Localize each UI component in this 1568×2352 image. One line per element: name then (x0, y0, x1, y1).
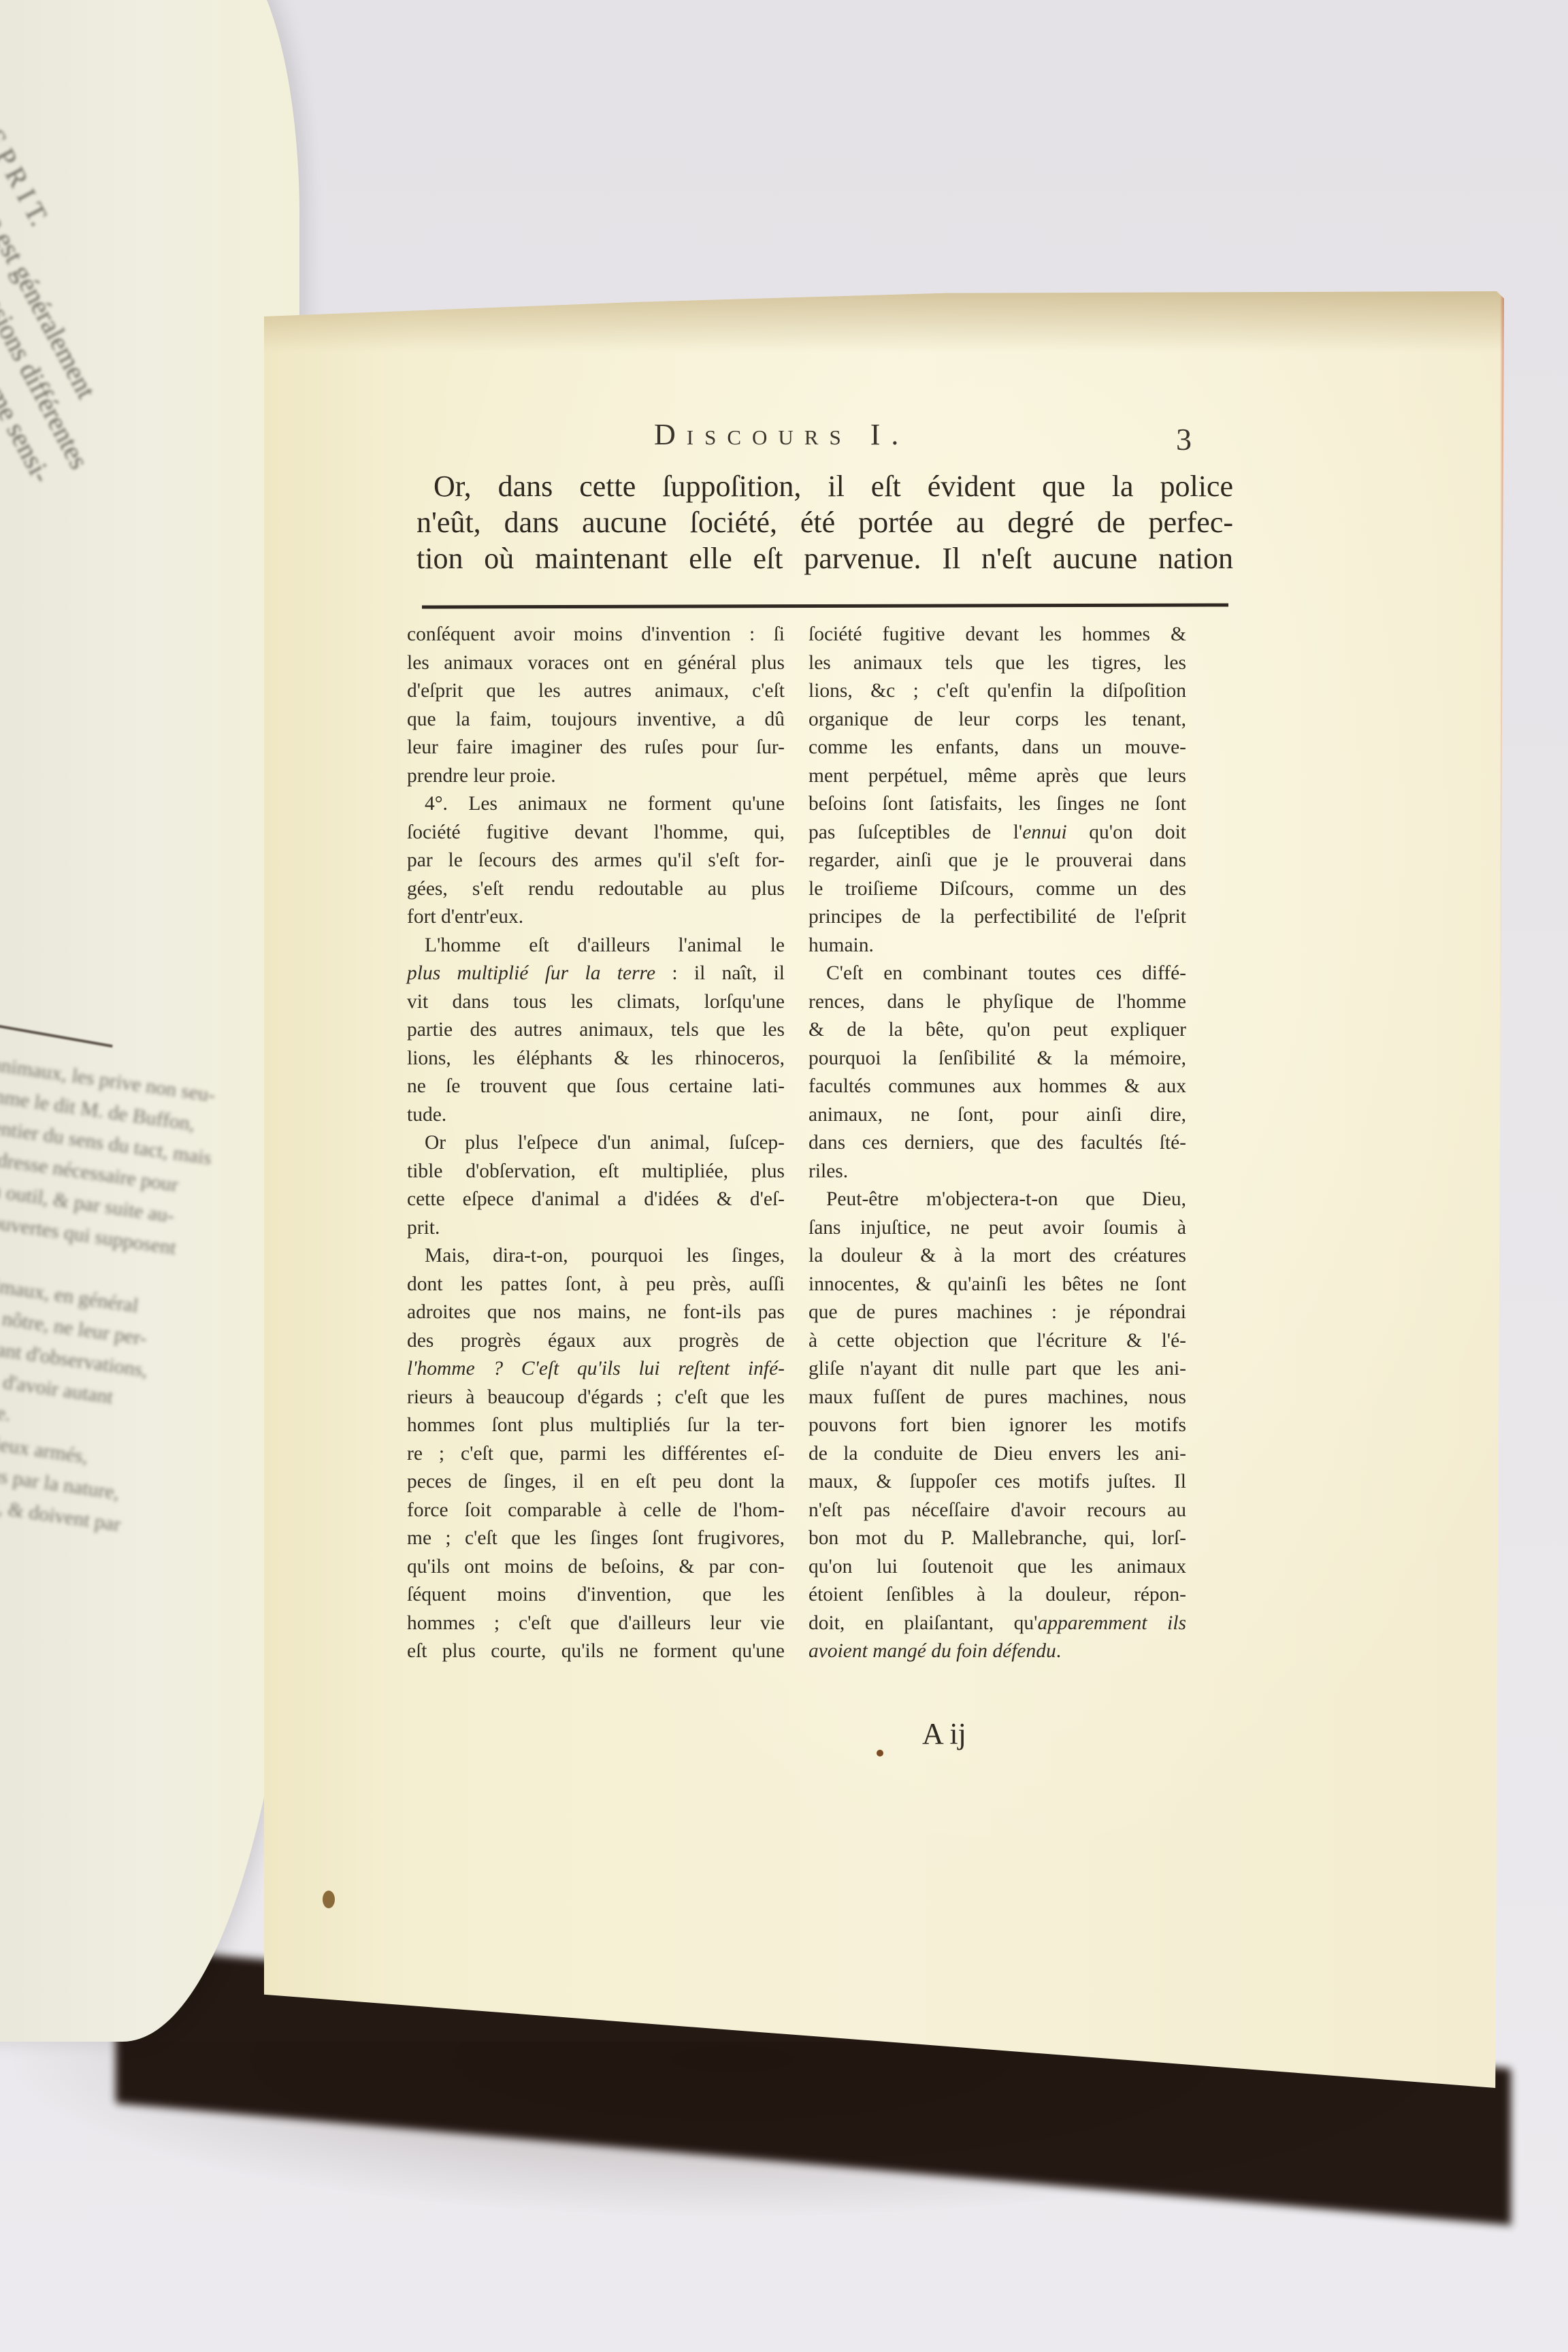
lead-line: tion où maintenant elle eſt parvenue. Il… (416, 540, 1233, 576)
text-line: gées, s'eſt rendu redoutable au plus (407, 875, 785, 904)
text-line: ſociété fugitive devant l'homme, qui, (407, 819, 785, 847)
text-line: tude. (407, 1101, 785, 1130)
text-line: Peut-être m'objectera-t-on que Dieu, (808, 1186, 1186, 1214)
text-line: lions, &c ; c'eſt qu'enfin la diſpoſitio… (808, 677, 1186, 706)
text-line: que de pures machines : je répondrai (808, 1298, 1186, 1327)
text-line: force ſoit comparable à celle de l'hom- (407, 1497, 785, 1525)
text-line: doit, en plaiſantant, qu'apparemment ils (808, 1610, 1186, 1638)
text-line: maux, & ſuppoſer ces motifs juſtes. Il (808, 1468, 1186, 1497)
text-line: qu'on lui ſoutenoit que les animaux (808, 1553, 1186, 1582)
text-line: innocentes, & qu'ainſi les bêtes ne ſont (808, 1271, 1186, 1299)
ink-dot (877, 1750, 883, 1757)
text-line: les animaux tels que les tigres, les (808, 649, 1186, 678)
text-line: hommes ; c'eſt que d'ailleurs leur vie (407, 1610, 785, 1638)
text-line: maux fuſſent de pures machines, nous (808, 1384, 1186, 1412)
text-line: dont les pattes ſont, à peu près, auſſi (407, 1271, 785, 1299)
text-line: n'eſt pas néceſſaire d'avoir recours au (808, 1497, 1186, 1525)
foxing-spot (323, 1891, 335, 1908)
text-line: leur faire imaginer des ruſes pour ſur- (407, 734, 785, 762)
text-line: Or plus l'eſpece d'un animal, ſuſcep- (407, 1129, 785, 1158)
text-line: avoient mangé du foin défendu. (808, 1637, 1186, 1666)
text-line: partie des autres animaux, tels que les (407, 1016, 785, 1045)
top-edge-stain (264, 291, 1504, 353)
text-line: facultés communes aux hommes & aux (808, 1073, 1186, 1101)
text-line: re ; c'eſt que, parmi les différentes eſ… (407, 1440, 785, 1469)
text-line: humain. (808, 932, 1186, 960)
text-line: ſans injuſtice, ne peut avoir ſoumis à (808, 1214, 1186, 1243)
text-line: ne ſe trouvent que ſous certaine lati- (407, 1073, 785, 1101)
text-line: prit. (407, 1214, 785, 1243)
text-line: ſéquent moins d'invention, que les (407, 1581, 785, 1610)
text-line: 4°. Les animaux ne forment qu'une (407, 790, 785, 819)
text-line: qu'ils ont moins de beſoins, & par con- (407, 1553, 785, 1582)
signature-mark: A ij (922, 1716, 966, 1751)
text-line: regarder, ainſi que je le prouverai dans (808, 847, 1186, 875)
right-column: ſociété fugitive devant les hommes &les … (808, 621, 1186, 1666)
text-line: le troiſieme Diſcours, comme un des (808, 875, 1186, 904)
text-line: d'eſprit que les autres animaux, c'eſt (407, 677, 785, 706)
text-line: beſoins ſont ſatisfaits, les ſinges ne ſ… (808, 790, 1186, 819)
left-page-footnotes: ... puces des animaux, les prive non seu… (0, 1034, 269, 1552)
text-line: ſociété fugitive devant les hommes & (808, 621, 1186, 649)
left-page-text: D E L ' E S P R I T. ... dont l'existenc… (0, 27, 247, 661)
text-line: lions, les éléphants & les rhinoceros, (407, 1045, 785, 1073)
text-line: rences, dans le phyſique de l'homme (808, 988, 1186, 1017)
lead-line: Or, dans cette ſuppoſition, il eſt évide… (416, 468, 1233, 504)
lead-line: n'eût, dans aucune ſociété, été portée a… (416, 504, 1233, 540)
lead-paragraph: Or, dans cette ſuppoſition, il eſt évide… (416, 468, 1233, 576)
text-line: à cette objection que l'écriture & l'é- (808, 1327, 1186, 1356)
text-line: rieurs à beaucoup d'égards ; c'eſt que l… (407, 1384, 785, 1412)
text-line: des progrès égaux aux progrès de (407, 1327, 785, 1356)
text-line: l'homme ? C'eſt qu'ils lui reſtent infé- (407, 1355, 785, 1384)
text-line: que la faim, toujours inventive, a dû (407, 706, 785, 734)
text-line: gliſe n'ayant dit nulle part que les ani… (808, 1355, 1186, 1384)
text-line: riles. (808, 1158, 1186, 1186)
left-column: conſéquent avoir moins d'invention : ſil… (407, 621, 785, 1666)
text-line: peces de ſinges, il en eſt peu dont la (407, 1468, 785, 1497)
text-line: fort d'entr'eux. (407, 903, 785, 932)
text-line: vit dans tous les climats, lorſqu'une (407, 988, 785, 1017)
text-line: L'homme eſt d'ailleurs l'animal le (407, 932, 785, 960)
text-line: Mais, dira-t-on, pourquoi les ſinges, (407, 1242, 785, 1271)
text-line: bon mot du P. Mallebranche, qui, lorſ- (808, 1524, 1186, 1553)
text-line: animaux, ne ſont, pour ainſi dire, (808, 1101, 1186, 1130)
photo-scene: D E L ' E S P R I T. ... dont l'existenc… (0, 0, 1568, 2352)
page-number: 3 (1176, 421, 1192, 457)
text-line: la douleur & à la mort des créatures (808, 1242, 1186, 1271)
running-head: Discours I. 3 (391, 417, 1228, 465)
text-line: eſt plus courte, qu'ils ne forment qu'un… (407, 1637, 785, 1666)
text-line: & de la bête, qu'on peut expliquer (808, 1016, 1186, 1045)
text-line: C'eſt en combinant toutes ces diffé- (808, 960, 1186, 988)
running-title: Discours I. (654, 417, 909, 452)
text-line: de la conduite de Dieu envers les ani- (808, 1440, 1186, 1469)
text-line: ment perpétuel, même après que leurs (808, 762, 1186, 791)
left-page: D E L ' E S P R I T. ... dont l'existenc… (0, 0, 299, 2042)
text-line: comme les enfants, dans un mouve- (808, 734, 1186, 762)
text-line: étoient ſenſibles à la douleur, répon- (808, 1581, 1186, 1610)
left-page-rule (0, 1011, 113, 1047)
text-line: prendre leur proie. (407, 762, 785, 791)
text-line: dans ces derniers, que des facultés ſté- (808, 1129, 1186, 1158)
text-line: pourquoi la ſenſibilité & la mémoire, (808, 1045, 1186, 1073)
text-line: pouvons fort bien ignorer les motifs (808, 1411, 1186, 1440)
text-line: principes de la perfectibilité de l'eſpr… (808, 903, 1186, 932)
text-line: plus multiplié ſur la terre : il naît, i… (407, 960, 785, 988)
text-line: adroites que nos mains, ne font-ils pas (407, 1298, 785, 1327)
text-line: les animaux voraces ont en général plus (407, 649, 785, 678)
text-line: par le ſecours des armes qu'il s'eſt for… (407, 847, 785, 875)
text-line: conſéquent avoir moins d'invention : ſi (407, 621, 785, 649)
text-line: cette eſpece d'animal a d'idées & d'eſ- (407, 1186, 785, 1214)
fore-edge (1500, 291, 1504, 2088)
text-line: hommes ſont plus multipliés ſur la ter- (407, 1411, 785, 1440)
text-line: me ; c'eſt que les ſinges ſont frugivore… (407, 1524, 785, 1553)
text-line: organique de leur corps les tenant, (808, 706, 1186, 734)
text-line: pas ſuſceptibles de l'ennui qu'on doit (808, 819, 1186, 847)
text-line: tible d'obſervation, eſt multipliée, plu… (407, 1158, 785, 1186)
